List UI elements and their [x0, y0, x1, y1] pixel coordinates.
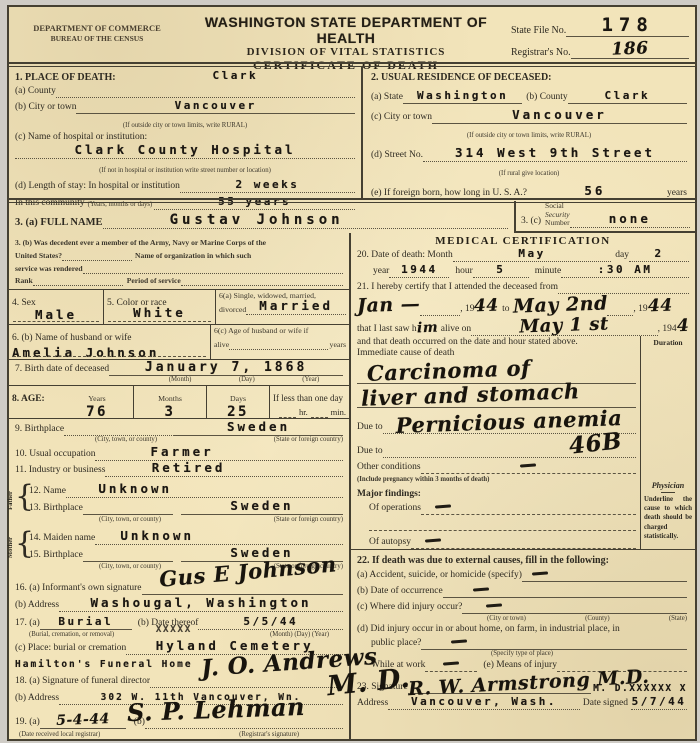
registrar-no-label: Registrar's No. [511, 47, 571, 60]
y19a-label: , 19 [460, 304, 474, 316]
age-row: 8. AGE: Years 76 Months 3 Days 25 If les… [9, 385, 349, 419]
lastsaw-him: im [416, 320, 438, 337]
spouse-value: Amelia Johnson [12, 345, 159, 360]
agency-line2: BUREAU OF THE CENSUS [15, 34, 179, 43]
dod-day: 2 [654, 247, 663, 260]
birthplace-value: Sweden [227, 419, 290, 434]
state-file-number: 178 [601, 14, 653, 36]
registrar-num: 19. (a) [15, 717, 40, 729]
attended-from: Jan — [357, 293, 421, 317]
s1-county-value: Clark [212, 69, 258, 82]
age-months-value: 3 [165, 404, 176, 420]
age-days-cell: Days 25 [207, 386, 270, 418]
pen-dash-mark-3 [425, 538, 441, 542]
age-hr-label: hr. [299, 407, 308, 418]
birthplace-note1: (City, town, or county) [95, 436, 157, 444]
mother-side-label: Mother [7, 537, 14, 558]
lastsaw-label2: alive on [441, 324, 471, 336]
funeral-home-value: Hamilton's Funeral Home [15, 659, 193, 670]
industry-label: 11. Industry or business [15, 465, 105, 477]
physician-note: Underline the cause to which death shoul… [644, 495, 692, 541]
margin-column: Duration Physician Underline the cause t… [640, 336, 695, 549]
registrar-signature-overlay: S. P. Lehman [127, 692, 306, 727]
father-birth-value: Sweden [230, 498, 293, 513]
age-heading: 8. AGE: [9, 386, 61, 418]
s22-b-label: (b) Date of occurrence [357, 586, 443, 598]
spouse-row: 6. (b) Name of husband or wife Amelia Jo… [9, 325, 349, 360]
attended-dates-row: Jan — , 19 44 to May 2nd , 19 44 [357, 294, 689, 316]
birth-date-field: 7. Birth date of deceased January 7, 186… [9, 360, 349, 385]
marital-value: Married [259, 298, 333, 313]
age-years-value: 76 [86, 404, 108, 420]
lastsaw-label1: that I last saw h [357, 324, 417, 336]
age-less-label: If less than one day [273, 393, 343, 403]
mother-brace: { [15, 526, 34, 561]
spouse-age-field: 6(c) Age of husband or wife if alive yea… [211, 325, 349, 359]
s22-d-note: (Specify type of place) [491, 650, 553, 658]
s2-heading: 2. USUAL RESIDENCE OF DECEASED: [371, 72, 552, 85]
due2-label: Due to [357, 446, 383, 458]
external-causes-block: 22. If death was due to external causes,… [351, 549, 695, 672]
birthplace-note2: (State or foreign country) [274, 436, 343, 444]
age-months-cell: Months 3 [134, 386, 207, 418]
certify-row: 21. I hereby certify that I attended the… [357, 280, 689, 294]
due1-label: Due to [357, 422, 383, 434]
pen-dash-mark-7 [451, 639, 467, 643]
s2-city-note: (If outside city or town limits, write R… [467, 132, 591, 139]
certificate-scan: DEPARTMENT OF COMMERCE BUREAU OF THE CEN… [0, 0, 700, 743]
date-of-death-row2: year 1944 hour 5 minute :30 AM [357, 262, 689, 278]
s2-county-value: Clark [605, 89, 651, 102]
military-line2: United States? [15, 252, 62, 261]
other-conditions-label: Other conditions [357, 462, 421, 474]
major-findings-label: Major findings: [357, 489, 421, 501]
birthplace-label: 9. Birthplace [15, 424, 64, 436]
sex-race-marital-row: 4. Sex Male 5. Color or race White 6(a) … [9, 290, 349, 325]
age-years-label: Years [88, 394, 105, 403]
s2-state-label: (a) State [371, 92, 403, 104]
s1-county-label: (a) County [15, 86, 56, 98]
birthplace-field: 9. Birthplace Sweden (City, town, or cou… [9, 419, 349, 445]
spouse-age-suffix: years [330, 341, 346, 350]
dod-hour: 5 [496, 263, 505, 276]
mother-name-label: 14. Maiden name [29, 533, 95, 545]
birthdate-label: 7. Birth date of deceased [15, 364, 109, 376]
period-label: Period of service [127, 277, 181, 286]
pen-dash-mark-5 [473, 587, 489, 591]
s22-a-label: (a) Accident, suicide, or homicide (spec… [357, 570, 522, 582]
autopsy-label: Of autopsy [369, 537, 411, 549]
father-note1: (City, town, or county) [99, 516, 161, 524]
pen-dash-mark-2 [435, 504, 451, 508]
s1-hospital-value: Clark County Hospital [74, 142, 295, 157]
s1-stay-value: 2 weeks [236, 178, 300, 191]
pen-dash-mark [520, 463, 536, 467]
to-word: to [502, 304, 509, 316]
s23-date-label: Date signed [583, 698, 628, 710]
birthdate-note-year: (Year) [302, 376, 319, 384]
s22-c-label: (c) Where did injury occur? [357, 602, 462, 614]
spouse-age-label2: alive [214, 341, 229, 350]
cause-area: and that death occurred on the date and … [351, 336, 695, 549]
s23-addr-label: Address [357, 698, 388, 710]
marital-label2: divorced [219, 306, 246, 315]
s1-stay-label: (d) Length of stay: In hospital or insti… [15, 181, 180, 193]
s22-c-note3: (State) [669, 615, 687, 623]
s23-date: 5/7/44 [632, 695, 687, 708]
race-field: 5. Color or race White [104, 290, 216, 324]
age-label: 8. AGE: [12, 394, 45, 404]
dod-minute: :30 AM [598, 263, 653, 276]
age-days-label: Days [230, 394, 246, 403]
ssn-label3: Number [545, 219, 570, 228]
cause-main: and that death occurred on the date and … [357, 336, 640, 549]
birthdate-note-month: (Month) [169, 376, 192, 384]
dod-year-label: year [373, 266, 389, 278]
s22-c-note1: (City or town) [487, 615, 526, 623]
s22-d-label1: (d) Did injury occur in or about home, o… [357, 624, 620, 636]
dod-hour-label: hour [455, 266, 472, 278]
s22-heading: 22. If death was due to external causes,… [357, 555, 609, 568]
pen-dash-mark-4 [532, 571, 548, 575]
title-line1: WASHINGTON STATE DEPARTMENT OF HEALTH [181, 14, 511, 46]
ssn-value: none [609, 211, 651, 226]
burial-place-label: (c) Place: burial or cremation [15, 643, 126, 655]
father-note2: (State or foreign country) [274, 516, 343, 524]
attended-from-year: 44 [474, 296, 499, 317]
s1-city-value: Vancouver [175, 99, 257, 112]
ssn-field: 3. (c) Social Security Number none [514, 201, 695, 233]
certificate-paper: DEPARTMENT OF COMMERCE BUREAU OF THE CEN… [7, 5, 697, 741]
registrar-date: 5-4-44 [56, 711, 110, 729]
military-line1: 3. (b) Was decedent ever a member of the… [15, 239, 266, 248]
age-months-label: Months [158, 394, 182, 403]
pen-dash-mark-8 [443, 661, 459, 665]
burial-place-strike: XXXXX [156, 624, 192, 635]
section-usual-residence: 2. USUAL RESIDENCE OF DECEASED: (a) Stat… [363, 66, 695, 198]
spouse-age-label1: 6(c) Age of husband or wife if [214, 327, 346, 336]
spouse-label: 6. (b) Name of husband or wife [12, 333, 132, 343]
occupation-label: 10. Usual occupation [15, 449, 95, 461]
military-line3: Name of organization in which such [135, 252, 251, 261]
informant-addr-label: (b) Address [15, 600, 59, 612]
age-less-cell: If less than one day hr. min. [270, 386, 349, 418]
father-block: { Father 12. Name Unknown 13. Birthplace… [9, 477, 349, 524]
birthdate-note-day: (Day) [239, 376, 255, 384]
ssn-prefix: 3. (c) [521, 216, 541, 228]
mother-name-field: 14. Maiden name Unknown [29, 524, 343, 545]
registrar-number: 186 [611, 38, 649, 59]
registrar-date-note: (Date received local registrar) [19, 731, 100, 739]
occupation-value: Farmer [151, 444, 214, 459]
burial-method: Burial [58, 615, 113, 628]
father-brace: { [15, 479, 34, 514]
father-side-label: Father [7, 491, 14, 510]
father-name-value: Unknown [98, 481, 172, 496]
other-conditions-note: (Include pregnancy within 3 months of de… [357, 476, 489, 484]
physician-label: Physician [644, 481, 692, 490]
burial-num: 17. (a) [15, 618, 40, 630]
attended-to-year: 44 [647, 296, 672, 317]
fullname-value: Gustav Johnson [170, 212, 344, 228]
informant-address: Washougal, Washington [91, 595, 312, 610]
s2-state-value: Washington [417, 89, 508, 102]
s22-c-note2: (County) [585, 615, 610, 623]
father-birthplace-field: 13. Birthplace Sweden [29, 498, 343, 515]
operations-label: Of operations [369, 503, 421, 515]
duration-label: Duration [644, 338, 692, 347]
military-line4: service was rendered [15, 265, 83, 274]
sex-field: 4. Sex Male [9, 290, 104, 324]
y19b-label: , 19 [633, 304, 647, 316]
race-value: White [133, 305, 186, 320]
pen-dash-mark-6 [486, 603, 502, 607]
s1-hospital-note: (If not in hospital or institution write… [99, 167, 271, 174]
title-line2: DIVISION OF VITAL STATISTICS [181, 46, 511, 58]
dod-month: May [518, 247, 545, 260]
medical-certification-block: MEDICAL CERTIFICATION 20. Date of death:… [351, 233, 695, 336]
spouse-field: 6. (b) Name of husband or wife Amelia Jo… [9, 325, 211, 359]
s2-city-label: (c) City or town [371, 112, 432, 124]
sex-value: Male [35, 307, 77, 322]
mother-birth-label: 15. Birthplace [29, 550, 83, 562]
father-birth-label: 13. Birthplace [29, 503, 83, 515]
sex-label: 4. Sex [12, 298, 36, 308]
y194-label: , 194 [658, 324, 677, 336]
father-name-field: 12. Name Unknown [29, 477, 343, 498]
s23-address: Vancouver, Wash. [411, 695, 557, 708]
mother-note1: (City, town, or county) [99, 563, 161, 571]
dod-minute-label: minute [535, 266, 561, 278]
s2-street-note: (If rural give location) [499, 170, 560, 177]
s1-heading: 1. PLACE OF DEATH: [15, 72, 116, 85]
lastsaw-year: 4 [676, 316, 689, 336]
s2-street-value: 314 West 9th Street [455, 145, 655, 160]
s22-d-label2: public place? [371, 638, 421, 650]
certify-label: 21. I hereby certify that I attended the… [357, 282, 558, 294]
agency-line1: DEPARTMENT OF COMMERCE [15, 23, 179, 34]
father-name-label: 12. Name [29, 486, 66, 498]
age-years-cell: Years 76 [61, 386, 134, 418]
registrar-sig-note: (Registrar's signature) [239, 731, 299, 739]
statistical-code: 46B [568, 427, 623, 459]
state-file-label: State File No. [511, 25, 566, 38]
industry-value: Retired [152, 460, 226, 475]
s2-street-label: (d) Street No. [371, 150, 423, 162]
birthdate-value: January 7, 1868 [145, 360, 307, 375]
s1-city-note: (If outside city or town limits, write R… [123, 122, 247, 129]
fullname-label: 3. (a) FULL NAME [15, 216, 103, 229]
director-addr-label: (b) Address [15, 693, 59, 705]
full-name-field: 3. (a) FULL NAME Gustav Johnson [9, 201, 514, 233]
s2-foreign-value: 56 [584, 183, 605, 198]
section-1-2-row: 1. PLACE OF DEATH: Clark (a) County (b) … [9, 66, 695, 198]
rank-label: Rank [15, 277, 33, 286]
agency-stamp: DEPARTMENT OF COMMERCE BUREAU OF THE CEN… [15, 23, 179, 43]
mother-name-value: Unknown [120, 528, 194, 543]
file-numbers: State File No. 178 Registrar's No. 186 [511, 11, 689, 59]
military-service-field: 3. (b) Was decedent ever a member of the… [9, 233, 349, 290]
lastsaw-date: May 1 st [519, 313, 609, 337]
s1-city-label: (b) City or town [15, 102, 76, 114]
burial-method-note: (Burial, cremation, or removal) [29, 631, 114, 639]
s2-city-value: Vancouver [512, 107, 607, 122]
marital-field: 6(a) Single, widowed, married, divorced … [216, 290, 349, 324]
section-place-of-death: 1. PLACE OF DEATH: Clark (a) County (b) … [9, 66, 363, 198]
age-min-label: min. [331, 407, 346, 418]
s2-county-label: (b) County [526, 92, 567, 104]
industry-field: 11. Industry or business Retired [9, 461, 349, 477]
section-3-row: 3. (a) FULL NAME Gustav Johnson 3. (c) S… [9, 201, 695, 233]
last-saw-row: that I last saw h im alive on May 1 st ,… [357, 316, 689, 336]
dod-year: 1944 [401, 263, 438, 276]
